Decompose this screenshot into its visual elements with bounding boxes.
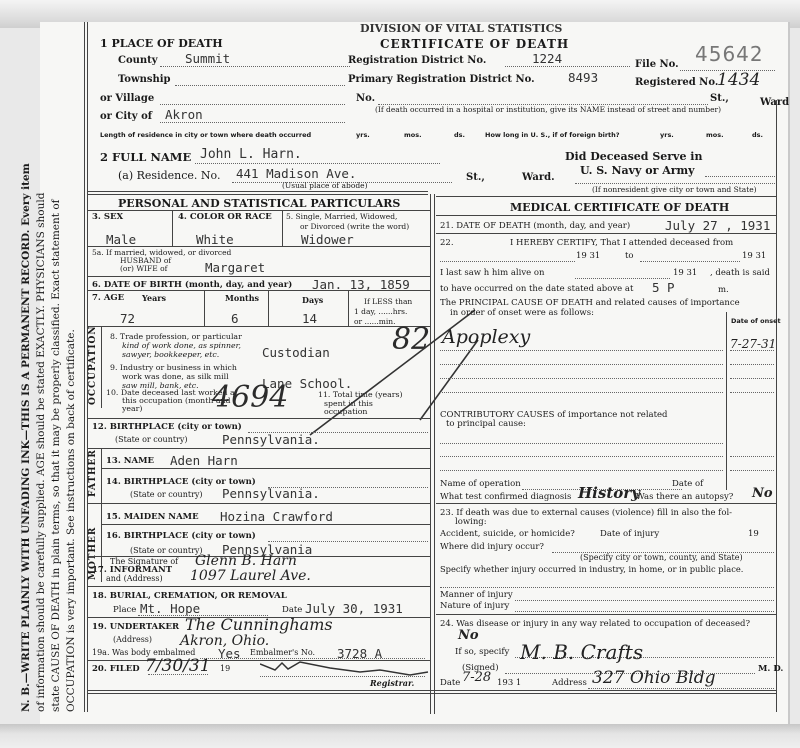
left-border	[84, 22, 85, 712]
autopsy-label: Was there an autopsy?	[636, 492, 733, 502]
sex-value: Male	[106, 232, 136, 247]
certify-text: I HEREBY CERTIFY, That I attended deceas…	[510, 238, 733, 248]
test-label: What test confirmed diagnosis	[440, 492, 571, 502]
burial-place-label: Place	[113, 605, 136, 615]
side-note-line4: OCCUPATION is very important. See instru…	[65, 329, 78, 712]
ward-label: Ward	[760, 97, 789, 108]
autopsy-value: No	[752, 486, 773, 501]
undertaker-value: The Cunninghams	[185, 615, 333, 634]
cert-year: 193 1	[497, 678, 521, 688]
principal-label-2: in order of onset were as follows:	[450, 308, 594, 318]
father-name-label: 13. NAME	[106, 456, 154, 466]
marital-label-1: 5. Single, Married, Widowed,	[286, 212, 397, 221]
operation-label: Name of operation	[440, 479, 521, 489]
specify-where-label: Specify whether injury occurred in indus…	[440, 564, 743, 574]
spouse-value: Margaret	[205, 260, 265, 275]
informant-label-3: and (Address)	[106, 574, 163, 583]
occupation-code-annotation: 4694	[212, 380, 288, 415]
township-label: Township	[118, 74, 171, 85]
occupation-related-value: No	[458, 628, 479, 643]
primary-district-label: Primary Registration District No.	[348, 74, 535, 85]
birthplace-value: Pennsylvania.	[222, 432, 320, 447]
time-of-death: 5 P	[652, 280, 675, 295]
full-name-value: John L. Harn.	[200, 147, 302, 162]
occupation-related-label: 24. Was disease or injury in any way rel…	[440, 619, 750, 629]
date-onset-label: Date of onset	[731, 317, 781, 325]
street-no-label: No.	[356, 93, 375, 104]
cert-date-label: Date	[440, 678, 460, 688]
contributory-label-2: to principal cause:	[446, 419, 526, 429]
spouse-label-3: (or) WIFE of	[120, 264, 167, 273]
burial-date-value: July 30, 1931	[305, 601, 403, 616]
county-value: Summit	[185, 51, 230, 66]
registrar-label: Registrar.	[370, 678, 414, 688]
last-saw-year: 19 31	[673, 268, 697, 278]
side-note-line1: N. B.—WRITE PLAINLY WITH UNFADING INK—TH…	[20, 163, 33, 712]
filed-label: 20. FILED	[92, 664, 140, 674]
mother-name-label: 15. MAIDEN NAME	[106, 512, 199, 522]
death-said-text: , death is said	[710, 268, 770, 278]
informant-signature: Glenn B. Harn	[195, 553, 297, 569]
county-label: County	[118, 55, 158, 66]
specify-note: (Specify city or town, county, and State…	[580, 553, 743, 562]
burial-date-label: Date	[282, 605, 302, 615]
father-birthplace-label-2: (State or country)	[130, 490, 203, 499]
burial-label: 18. BURIAL, CREMATION, OR REMOVAL	[92, 591, 287, 601]
residence-length-label: Length of residence in city or town wher…	[100, 131, 311, 139]
external-label-2: lowing:	[455, 517, 487, 527]
birthplace-label-1: 12. BIRTHPLACE (city or town)	[92, 422, 242, 432]
mos-label: mos.	[404, 131, 422, 139]
test-value: History	[578, 484, 640, 502]
registration-district-value: 1224	[532, 51, 562, 66]
attended-from-year: 19 31	[576, 251, 600, 261]
age-years-value: 72	[120, 311, 135, 326]
months-label: Months	[225, 293, 259, 303]
years-label: Years	[142, 293, 166, 303]
residence-value: 441 Madison Ave.	[236, 166, 356, 181]
race-value: White	[196, 232, 234, 247]
medical-heading: MEDICAL CERTIFICATE OF DEATH	[510, 201, 729, 214]
last-worked-label-3: year)	[122, 404, 142, 413]
file-number: 45642	[695, 42, 764, 66]
marital-label-2: or Divorced (write the word)	[300, 222, 409, 231]
residence-st-label: St.,	[466, 172, 485, 183]
city-value: Akron	[165, 107, 203, 122]
filed-value: 7/30/31	[145, 656, 211, 676]
attended-to-label: to	[625, 251, 634, 261]
physician-signature: M. B. Crafts	[520, 640, 643, 664]
mother-birthplace-label-1: 16. BIRTHPLACE (city or town)	[106, 531, 256, 541]
registered-no-value: 1434	[717, 70, 760, 90]
onset-date-value: 7-27-31	[730, 337, 776, 351]
hospital-note: (If death occurred in a hospital or inst…	[375, 105, 721, 114]
principal-label-1: The PRINCIPAL CAUSE OF DEATH and related…	[440, 298, 740, 308]
full-name-label: 2 FULL NAME	[100, 150, 191, 164]
side-note-line3: state CAUSE OF DEATH in plain terms, so …	[50, 199, 63, 712]
residence-label: (a) Residence. No.	[118, 169, 220, 182]
scan-bottom-edge	[0, 724, 800, 748]
residence-ward-label: Ward.	[522, 172, 555, 183]
undertaker-address-label: (Address)	[113, 635, 152, 644]
dob-label: 6. DATE OF BIRTH (month, day, and year)	[92, 280, 292, 290]
embalmed-value: Yes	[218, 646, 241, 661]
nonresident-note: (If nonresident give city or town and St…	[592, 185, 757, 194]
md-label: M. D.	[758, 664, 783, 674]
marital-value: Widower	[301, 232, 354, 247]
father-vertical-label: FATHER	[88, 449, 98, 497]
father-birthplace-value: Pennsylvania.	[222, 486, 320, 501]
occurred-label: to have occurred on the date stated abov…	[440, 284, 633, 294]
age-label: 7. AGE	[92, 293, 124, 303]
village-label: or Village	[100, 93, 154, 104]
occupation-vertical-label: OCCUPATION	[88, 325, 98, 405]
certificate-title: CERTIFICATE OF DEATH	[380, 37, 569, 51]
foreign-yrs: yrs.	[660, 131, 674, 139]
embalmer-no-label: Embalmer's No.	[250, 648, 315, 657]
street-st-label: St.,	[710, 93, 729, 104]
foreign-mos: mos.	[706, 131, 724, 139]
foreign-ds: ds.	[752, 131, 763, 139]
accident-label: Accident, suicide, or homicide?	[440, 529, 575, 539]
personal-heading: PERSONAL AND STATISTICAL PARTICULARS	[118, 197, 400, 210]
where-label: Where did injury occur?	[440, 542, 544, 552]
dod-label: 21. DATE OF DEATH (month, day, and year)	[440, 221, 630, 231]
informant-address: 1097 Laurel Ave.	[190, 568, 311, 584]
ds-label: ds.	[454, 131, 465, 139]
injury-date-label: Date of injury	[600, 529, 659, 539]
yrs-label: yrs.	[356, 131, 370, 139]
undertaker-label: 19. UNDERTAKER	[92, 622, 179, 632]
birthplace-label-2: (State or country)	[115, 435, 188, 444]
injury-year: 19	[748, 529, 759, 539]
registered-no-label: Registered No.	[635, 77, 718, 88]
attended-to-year: 19 31	[742, 251, 766, 261]
burial-place-value: Mt. Hope	[140, 601, 200, 616]
time-m-label: m.	[718, 285, 729, 295]
nature-label: Nature of injury	[440, 601, 509, 611]
foreign-birth-label: How long in U. S., if of foreign birth?	[485, 131, 620, 139]
age-months-value: 6	[231, 311, 239, 326]
certify-number: 22.	[440, 238, 454, 248]
trade-label-1: 8. Trade profession, or particular	[110, 332, 242, 341]
sex-label: 3. SEX	[92, 212, 123, 222]
father-name-value: Aden Harn	[170, 453, 238, 468]
primary-district-value: 8493	[568, 70, 598, 85]
side-note-line2: of information should be carefully suppl…	[35, 193, 48, 712]
registration-district-label: Registration District No.	[348, 55, 486, 66]
manner-label: Manner of injury	[440, 590, 513, 600]
place-of-death-heading: 1 PLACE OF DEATH	[100, 37, 223, 50]
file-no-label: File No.	[635, 59, 679, 70]
city-label: or City of	[100, 111, 152, 122]
trade-label-2: kind of work done, as spinner,	[122, 341, 241, 350]
dod-value: July 27 , 1931	[665, 218, 770, 233]
address-label: Address	[552, 678, 587, 688]
served-label-1: Did Deceased Serve in	[565, 150, 702, 163]
industry-label-1: 9. Industry or business in which	[110, 363, 237, 372]
operation-date-label: Date of	[672, 479, 703, 489]
division-title: DIVISION OF VITAL STATISTICS	[360, 22, 562, 35]
cert-date-value: 7-28	[462, 670, 491, 685]
mother-birthplace-label-2: (State or country)	[130, 546, 203, 555]
trade-label-3: sawyer, bookkeeper, etc.	[122, 350, 219, 359]
filed-19: 19	[220, 664, 230, 673]
principal-cause-value: Apoplexy	[442, 326, 530, 348]
abode-note: (Usual place of abode)	[282, 181, 368, 190]
if-so-label: If so, specify	[455, 647, 509, 657]
mother-name-value: Hozina Crawford	[220, 509, 333, 524]
physician-address: 327 Ohio Bldg	[592, 668, 716, 688]
race-label: 4. COLOR OR RACE	[178, 212, 272, 222]
last-saw-label: I last saw h him alive on	[440, 268, 545, 278]
served-label-2: U. S. Navy or Army	[580, 164, 695, 177]
